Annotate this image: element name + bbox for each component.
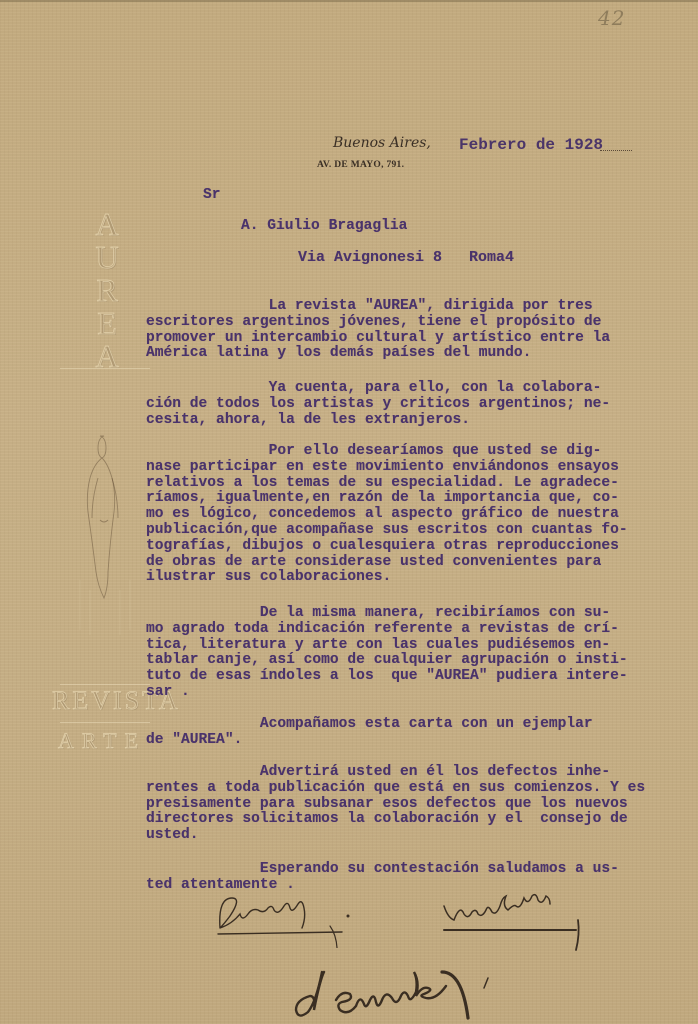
folio-number: 42	[598, 6, 625, 30]
paper-top-edge	[0, 0, 698, 2]
signature-2	[440, 892, 600, 952]
body-paragraph-6: Advertirá usted en él los defectos inhe-…	[146, 765, 645, 844]
body-paragraph-3: Por ello desearíamos que usted se dig- n…	[146, 444, 628, 586]
body-paragraph-2: Ya cuenta, para ello, con la colabora- c…	[146, 381, 610, 428]
body-paragraph-1: La revista "AUREA", dirigida por tres es…	[146, 299, 610, 362]
signature-1	[212, 888, 372, 948]
letterhead-address: AV. DE MAYO, 791.	[317, 160, 404, 170]
recipient-name: A. Giulio Bragaglia	[241, 219, 407, 235]
letterhead-place: Buenos Aires,	[333, 135, 431, 151]
salutation: Sr	[203, 188, 221, 204]
body-paragraph-4: De la misma manera, recibiríamos con su-…	[146, 606, 628, 701]
date-dotted-line	[600, 150, 632, 151]
signature-3	[292, 958, 532, 1022]
letter-date: Febrero de 1928	[459, 136, 603, 154]
recipient-address: Via Avignonesi 8 Roma4	[298, 250, 514, 266]
body-paragraph-5: Acompañamos esta carta con un ejemplar d…	[146, 717, 593, 749]
